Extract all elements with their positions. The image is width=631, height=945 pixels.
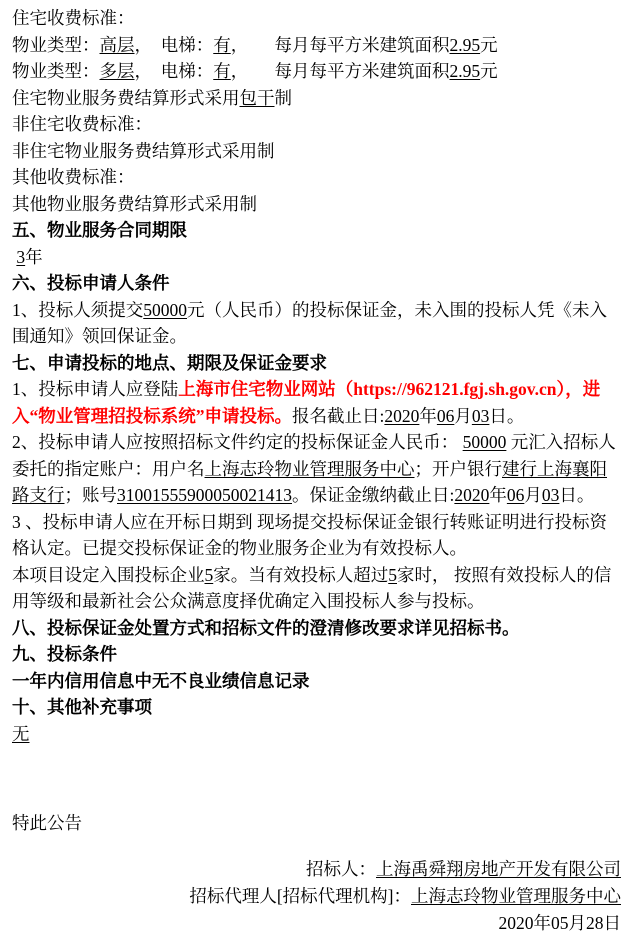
paragraph: 七、申请投标的地点、期限及保证金要求 xyxy=(12,350,624,377)
text-run: 有 xyxy=(213,35,231,55)
text-run: 非住宅物业服务费结算形式采用制 xyxy=(12,141,275,161)
text-run: 住宅物业服务费结算形式采用 xyxy=(12,88,240,108)
text-run: 06 xyxy=(507,485,525,505)
paragraph: 八、投标保证金处置方式和招标文件的澄清修改要求详见招标书。 xyxy=(12,615,624,642)
text-run: 5 xyxy=(205,565,214,585)
text-run: 50000 xyxy=(143,300,187,320)
text-run: 家。当有效投标人超过 xyxy=(213,565,388,585)
text-run: 上海志玲物业管理服务中心 xyxy=(411,886,621,906)
text-run: 元 xyxy=(480,61,498,81)
paragraph: 物业类型：高层， 电梯：有， 每月每平方米建筑面积2.95元 xyxy=(12,32,624,59)
text-run: ， 电梯： xyxy=(135,35,214,55)
paragraph: 其他物业服务费结算形式采用制 xyxy=(12,191,624,218)
text-run: 1、投标人须提交 xyxy=(12,300,143,320)
paragraph: 物业类型：多层， 电梯：有， 每月每平方米建筑面积2.95元 xyxy=(12,58,624,85)
text-run: 非住宅收费标准： xyxy=(12,114,152,134)
text-run: 年 xyxy=(25,247,43,267)
text-run: 3 、投标申请人应在开标日期到 现场提交投标保证金银行转账证明进行投标资格认定。… xyxy=(12,512,607,559)
paragraph: 招标代理人[招标代理机构]：上海志玲物业管理服务中心 xyxy=(12,883,621,910)
text-run: 住宅收费标准： xyxy=(12,8,135,28)
text-run: 多层 xyxy=(100,61,135,81)
text-run: 月 xyxy=(524,485,542,505)
paragraph: 非住宅收费标准： xyxy=(12,111,624,138)
document-body: 住宅收费标准：物业类型：高层， 电梯：有， 每月每平方米建筑面积2.95元物业类… xyxy=(12,5,624,747)
paragraph: 2、投标申请人应按照招标文件约定的投标保证金人民币： 50000 元汇入招标人委… xyxy=(12,429,624,509)
paragraph: 五、物业服务合同期限 xyxy=(12,217,624,244)
text-run: 五、物业服务合同期限 xyxy=(12,220,187,240)
text-run: 年 xyxy=(489,485,507,505)
text-run: 。保证金缴纳截止日: xyxy=(292,485,454,505)
paragraph: 1、投标人须提交50000元（人民币）的投标保证金，未入围的投标人凭《未入围通知… xyxy=(12,297,624,350)
text-run: 2020 xyxy=(384,406,419,426)
text-run: 九、投标条件 xyxy=(12,644,117,664)
text-run: 其他收费标准： xyxy=(12,167,135,187)
text-run: 物业类型： xyxy=(12,35,100,55)
text-run: 报名截止日: xyxy=(292,406,384,426)
text-run: 一年内信用信息中无不良业绩信息记录 xyxy=(12,671,310,691)
paragraph: 3 、投标申请人应在开标日期到 现场提交投标保证金银行转账证明进行投标资格认定。… xyxy=(12,509,624,562)
text-run: 03 xyxy=(542,485,560,505)
text-run: 2020 xyxy=(454,485,489,505)
text-run: ， 每月每平方米建筑面积 xyxy=(231,35,450,55)
text-run: 2、投标申请人应按照招标文件约定的投标保证金人民币： xyxy=(12,432,463,452)
paragraph: 2020年05月28日 xyxy=(12,910,621,937)
paragraph: 非住宅物业服务费结算形式采用制 xyxy=(12,138,624,165)
text-run: 年 xyxy=(419,406,437,426)
text-run: 无 xyxy=(12,724,30,744)
text-run: 六、投标申请人条件 xyxy=(12,273,170,293)
text-run: 50000 xyxy=(463,432,507,452)
text-run: 03 xyxy=(472,406,490,426)
closing-statement: 特此公告 xyxy=(12,810,82,837)
text-run: 月 xyxy=(454,406,472,426)
paragraph: 十、其他补充事项 xyxy=(12,694,624,721)
paragraph: 六、投标申请人条件 xyxy=(12,270,624,297)
text-run: 七、申请投标的地点、期限及保证金要求 xyxy=(12,353,327,373)
paragraph: 招标人：上海禹舜翔房地产开发有限公司 xyxy=(12,856,621,883)
paragraph: 无 xyxy=(12,721,624,748)
announcement-page: 住宅收费标准：物业类型：高层， 电梯：有， 每月每平方米建筑面积2.95元物业类… xyxy=(0,0,631,945)
text-run: 招标代理人[招标代理机构]： xyxy=(189,886,411,906)
paragraph: 一年内信用信息中无不良业绩信息记录 xyxy=(12,668,624,695)
text-run: ， 电梯： xyxy=(135,61,214,81)
text-run: ；开户银行 xyxy=(415,459,503,479)
text-run: 06 xyxy=(437,406,455,426)
text-run: 有 xyxy=(213,61,231,81)
text-run: 上海志玲物业管理服务中心 xyxy=(205,459,415,479)
text-run: 物业类型： xyxy=(12,61,100,81)
paragraph: 1、投标申请人应登陆上海市住宅物业网站（https://962121.fgj.s… xyxy=(12,376,624,429)
text-run: 包干 xyxy=(240,88,275,108)
text-run: 元 xyxy=(480,35,498,55)
text-run: 日。 xyxy=(559,485,594,505)
text-run: 日。 xyxy=(489,406,524,426)
text-run: 其他物业服务费结算形式采用制 xyxy=(12,194,257,214)
signature-block: 招标人：上海禹舜翔房地产开发有限公司招标代理人[招标代理机构]：上海志玲物业管理… xyxy=(12,856,621,937)
text-run: 3 xyxy=(16,247,25,267)
paragraph: 3年 xyxy=(12,244,624,271)
text-run: 5 xyxy=(388,565,397,585)
text-run: 2.95 xyxy=(450,35,481,55)
paragraph: 住宅物业服务费结算形式采用包干制 xyxy=(12,85,624,112)
text-run: 制 xyxy=(275,88,293,108)
paragraph: 九、投标条件 xyxy=(12,641,624,668)
text-run: 2020年05月28日 xyxy=(499,913,622,933)
text-run: 本项目设定入围投标企业 xyxy=(12,565,205,585)
paragraph: 本项目设定入围投标企业5家。当有效投标人超过5家时， 按照有效投标人的信用等级和… xyxy=(12,562,624,615)
text-run: 2.95 xyxy=(450,61,481,81)
text-run: 上海禹舜翔房地产开发有限公司 xyxy=(376,859,621,879)
text-run: 1、投标申请人应登陆 xyxy=(12,379,178,399)
text-run: ， 每月每平方米建筑面积 xyxy=(231,61,450,81)
paragraph: 其他收费标准： xyxy=(12,164,624,191)
text-run: 十、其他补充事项 xyxy=(12,697,152,717)
text-run: 招标人： xyxy=(306,859,376,879)
text-run: 高层 xyxy=(100,35,135,55)
text-run: 八、投标保证金处置方式和招标文件的澄清修改要求详见招标书。 xyxy=(12,618,520,638)
paragraph: 住宅收费标准： xyxy=(12,5,624,32)
text-run: ；账号 xyxy=(65,485,118,505)
text-run: 31001555900050021413 xyxy=(117,485,292,505)
